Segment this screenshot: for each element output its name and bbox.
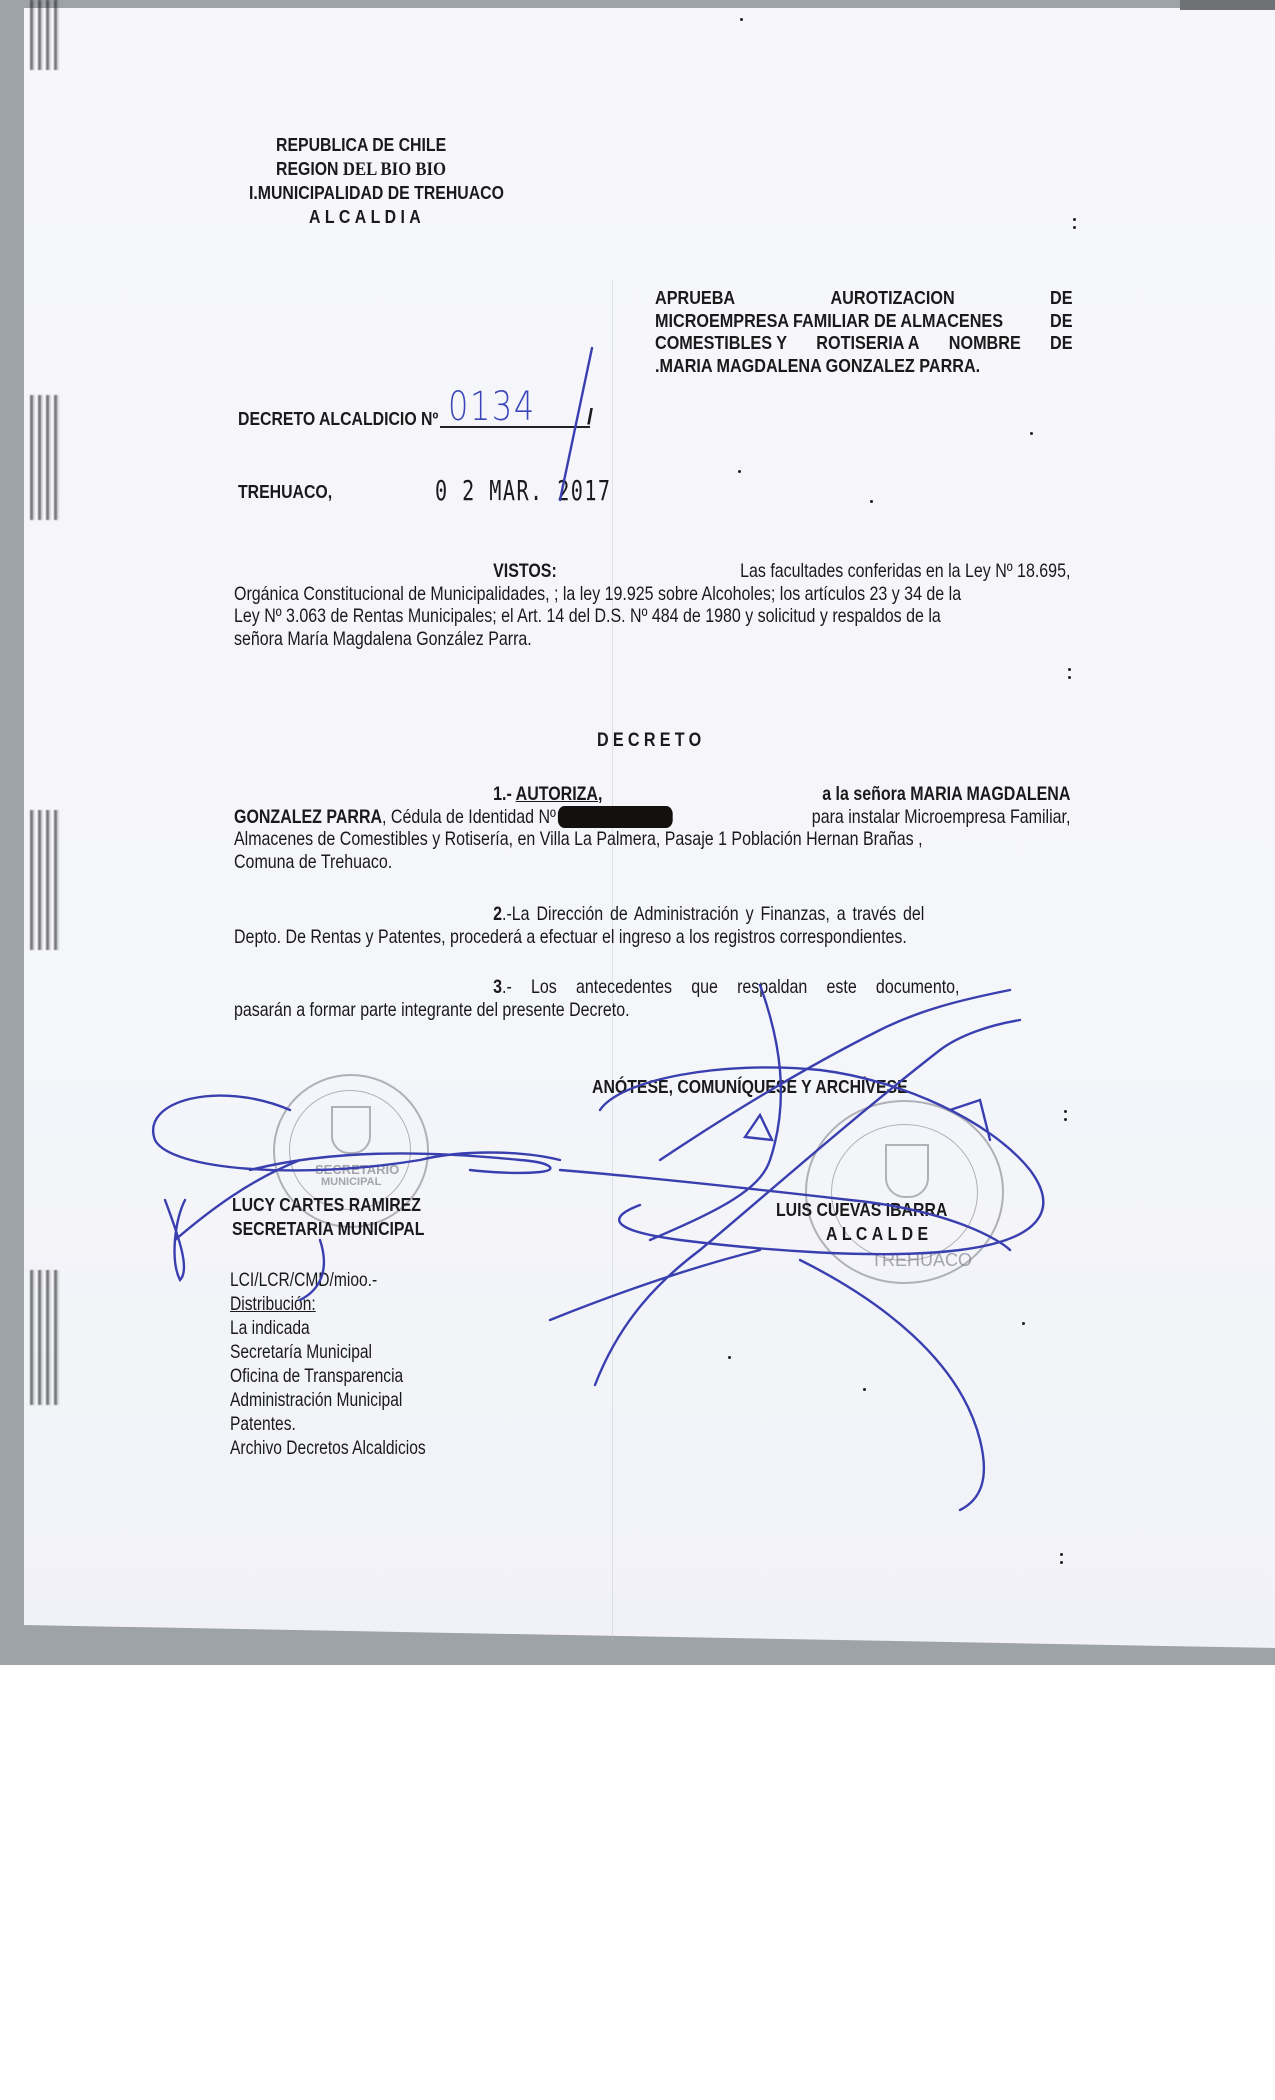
line-text: a la señora MARIA MAGDALENA <box>822 783 1070 806</box>
decreto-heading: DECRETO <box>597 730 705 752</box>
scan-speck <box>1068 676 1071 679</box>
seal-text: TREHUACO <box>871 1250 972 1271</box>
subject-word: MICROEMPRESA FAMILIAR DE ALMACENES <box>655 310 1003 333</box>
paper-fold-line <box>612 280 613 1640</box>
mayor-name: LUIS CUEVAS IBARRA <box>776 1198 947 1222</box>
decree-number-handwritten: 0134 <box>448 384 536 430</box>
line-text: Las facultades conferidas en la Ley Nº 1… <box>740 560 1070 583</box>
paragraph-line: VISTOS:Las facultades conferidas en la L… <box>234 560 1070 583</box>
distribution-item: Administración Municipal <box>230 1390 402 1413</box>
place-label: TREHUACO, <box>238 480 332 504</box>
article-3: 3.- Los antecedentes que respaldan este … <box>234 976 1070 1021</box>
scan-speck <box>870 500 873 503</box>
coat-of-arms-icon <box>331 1106 371 1154</box>
scan-speck <box>740 18 743 21</box>
subject-line: APRUEBA AUROTIZACION DE <box>655 287 1073 310</box>
distribution-label: Distribución: <box>230 1294 316 1317</box>
scan-speck <box>1030 432 1033 435</box>
article-1: 1.- AUTORIZA, a la señora MARIA MAGDALEN… <box>234 783 1070 873</box>
scan-edge-artifact <box>30 395 60 520</box>
subject-line: MICROEMPRESA FAMILIAR DE ALMACENES DE <box>655 310 1073 333</box>
decree-number-slash: / <box>587 404 593 430</box>
mayor-seal: TREHUACO <box>805 1100 1004 1284</box>
vistos-label: VISTOS: <box>493 560 557 582</box>
scan-speck <box>1073 226 1076 229</box>
scan-edge-artifact <box>30 1270 60 1405</box>
article-number: 1.- <box>493 783 512 805</box>
line-text: GONZALEZ PARRA, Cédula de Identidad Nº <box>234 806 674 829</box>
secretary-title: SECRETARIA MUNICIPAL <box>232 1217 424 1241</box>
seal-text: MUNICIPAL <box>321 1176 381 1188</box>
scan-speck <box>1064 1118 1067 1121</box>
subject-word: COMESTIBLES Y <box>655 332 787 355</box>
header-republic: REPUBLICA DE CHILE <box>276 133 446 157</box>
paragraph-line: Ley Nº 3.063 de Rentas Municipales; el A… <box>234 605 1070 628</box>
scan-speck <box>863 1388 866 1391</box>
subject-word: DE <box>1050 332 1073 355</box>
subject-word: NOMBRE <box>949 332 1021 355</box>
header-region: REGION DEL BIO BIO <box>276 157 446 182</box>
paragraph-line: pasarán a formar parte integrante del pr… <box>234 999 1070 1022</box>
line-text: , Cédula de Identidad Nº <box>382 806 556 828</box>
scan-speck <box>1064 1110 1067 1113</box>
scan-speck <box>1060 1561 1063 1564</box>
header-region-name: DEL BIO BIO <box>343 159 446 180</box>
distribution-item: La indicada <box>230 1318 310 1341</box>
scan-speck <box>1068 668 1071 671</box>
scan-speck <box>1073 218 1076 221</box>
subject-line: COMESTIBLES Y ROTISERIA A NOMBRE DE <box>655 332 1073 355</box>
line-text: .- Los antecedentes que respaldan este d… <box>502 976 959 999</box>
paragraph-line: 2.-La Dirección de Administración y Fina… <box>234 903 1070 926</box>
header-alcaldia: ALCALDIA <box>309 205 425 229</box>
line-text: para instalar Microempresa Familiar, <box>812 806 1071 829</box>
paragraph-line: Depto. De Rentas y Patentes, procederá a… <box>234 926 1070 949</box>
paragraph-line: Orgánica Constitucional de Municipalidad… <box>234 583 1070 606</box>
distribution-item: Archivo Decretos Alcaldicios <box>230 1438 426 1461</box>
scan-top-edge <box>1180 0 1275 10</box>
paragraph-line: Comuna de Trehuaco. <box>234 851 1070 874</box>
decree-subject: APRUEBA AUROTIZACION DE MICROEMPRESA FAM… <box>655 287 1073 377</box>
coat-of-arms-icon <box>885 1144 929 1198</box>
subject-word: DE <box>1050 310 1073 333</box>
paragraph-line: señora María Magdalena González Parra. <box>234 628 1070 651</box>
article-number-and-verb: 1.- AUTORIZA, <box>493 783 602 806</box>
header-municipality: I.MUNICIPALIDAD DE TREHUACO <box>249 181 504 205</box>
paragraph-line: 3.- Los antecedentes que respaldan este … <box>234 976 1070 999</box>
scan-speck <box>738 470 741 473</box>
subject-word: .MARIA MAGDALENA GONZALEZ PARRA. <box>655 355 980 378</box>
header-region-prefix: REGION <box>276 159 343 179</box>
seal-text: SECRETARIO <box>315 1162 399 1177</box>
paragraph-line: Almacenes de Comestibles y Rotisería, en… <box>234 828 1070 851</box>
distribution-item: Secretaría Municipal <box>230 1342 372 1365</box>
redacted-id-number <box>558 806 673 828</box>
article-2: 2.-La Dirección de Administración y Fina… <box>234 903 1070 948</box>
subject-word: AUROTIZACION <box>830 287 954 310</box>
paragraph-line: 1.- AUTORIZA, a la señora MARIA MAGDALEN… <box>234 783 1070 806</box>
scan-edge-artifact <box>30 0 60 70</box>
article-number: 2 <box>493 903 502 926</box>
scan-speck <box>1060 1553 1063 1556</box>
distribution-item: Patentes. <box>230 1414 296 1437</box>
subject-line: .MARIA MAGDALENA GONZALEZ PARRA. <box>655 355 1073 378</box>
date-stamp: 0 2 MAR. 2017 <box>435 474 612 507</box>
scan-speck <box>728 1356 731 1359</box>
closing-formula: ANÓTESE, COMUNÍQUESE Y ARCHÍVESE <box>592 1075 908 1099</box>
secretary-name: LUCY CARTES RAMIREZ <box>232 1193 421 1217</box>
distribution-item: Oficina de Transparencia <box>230 1366 403 1389</box>
subject-word: ROTISERIA A <box>816 332 919 355</box>
article-verb: AUTORIZA, <box>516 783 603 805</box>
subject-word: APRUEBA <box>655 287 735 310</box>
scan-speck <box>1022 1322 1025 1325</box>
reference-initials: LCI/LCR/CMD/mioo.- <box>230 1270 377 1293</box>
decree-number-label: DECRETO ALCALDICIO Nº <box>238 407 438 431</box>
vistos-paragraph: VISTOS:Las facultades conferidas en la L… <box>234 560 1070 650</box>
scan-edge-artifact <box>30 810 60 950</box>
line-text: .-La Dirección de Administración y Finan… <box>502 903 924 926</box>
paragraph-line: GONZALEZ PARRA, Cédula de Identidad Nº p… <box>234 806 1070 829</box>
article-number: 3 <box>493 976 502 999</box>
mayor-title: ALCALDE <box>826 1222 932 1246</box>
subject-word: DE <box>1050 287 1073 310</box>
beneficiary-name: GONZALEZ PARRA <box>234 806 382 828</box>
